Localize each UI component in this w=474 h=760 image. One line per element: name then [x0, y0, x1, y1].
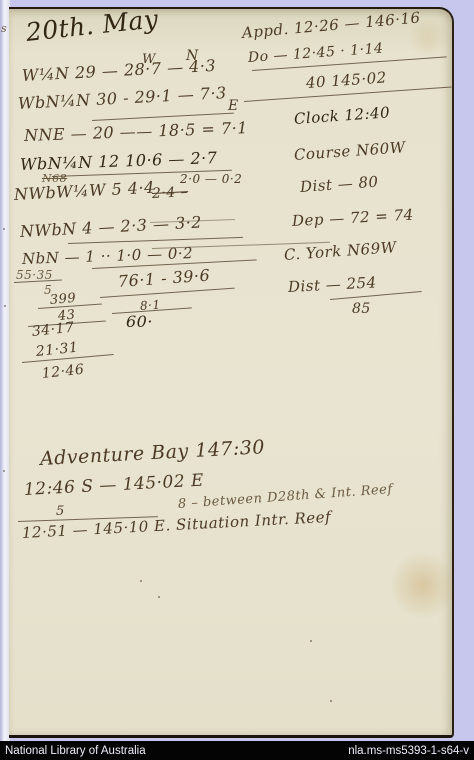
struck-value: 2·4 –	[152, 184, 189, 202]
library-caption-bar: National Library of Australia nla.ms-ms5…	[0, 741, 474, 760]
paper-stain	[408, 18, 448, 58]
paper-stain	[392, 548, 454, 622]
position-correction: 5	[56, 504, 65, 519]
bearing-correction: 2·0 — 0·2	[180, 172, 242, 186]
manuscript-scan: s 20th. May W N W¼N 29 — 28·7 — 4·3 WbN¼…	[0, 0, 474, 760]
margin-mark: s	[1, 22, 7, 35]
sum-value: 60·	[126, 312, 153, 331]
library-name: National Library of Australia	[5, 745, 146, 757]
item-id: nla.ms-ms5393-1-s64-v	[348, 745, 469, 757]
nav-line: 85	[352, 301, 371, 317]
